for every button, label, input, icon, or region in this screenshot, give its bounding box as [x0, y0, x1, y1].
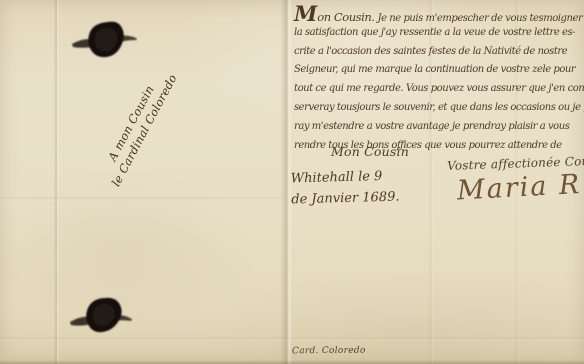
archivist-annotation: Card. Coloredo [292, 346, 366, 357]
wax-seal-top-icon [66, 16, 144, 74]
paper-bottom-edge-shadow [0, 360, 584, 364]
body-line: crite a l'occasion des saintes festes de… [294, 43, 578, 62]
address-line-2: le Cardinal Coloredo [96, 48, 194, 214]
fold-crease-horizontal-left-panel [0, 196, 284, 201]
place-line: Whitehall le 9 [290, 166, 399, 190]
body-line: Seigneur, qui me marque la continuation … [294, 61, 578, 80]
fold-crease-vertical-left [54, 0, 59, 364]
letter-body: Mon Cousin.Je ne puis m'empescher de vou… [294, 5, 578, 155]
body-line: ray m'estendre a vostre avantage je pren… [294, 118, 578, 137]
letter-photograph: A mon Cousin le Cardinal Coloredo Mon Co… [0, 0, 584, 364]
place-date-block: Whitehall le 9 de Janvier 1689. [290, 166, 399, 211]
fold-crease-horizontal-bottom [0, 336, 584, 341]
body-line: tout ce qui me regarde. Vous pouvez vous… [294, 80, 578, 99]
date-line: de Janvier 1689. [291, 187, 400, 211]
signature: Maria R. [456, 168, 584, 206]
body-line: serveray tousjours le souvenir, et que d… [294, 99, 578, 118]
body-line: la satisfaction que j'ay ressentie a la … [294, 24, 578, 43]
body-line-1-rest: Je ne puis m'empescher de vous tesmoigne… [378, 13, 583, 24]
body-line: Mon Cousin.Je ne puis m'empescher de vou… [294, 5, 578, 24]
address-block: A mon Cousin le Cardinal Coloredo [83, 40, 194, 213]
wax-seal-bottom-icon [62, 288, 140, 346]
address-line-1: A mon Cousin [83, 40, 181, 206]
subscription: Mon Cousin [331, 144, 409, 159]
